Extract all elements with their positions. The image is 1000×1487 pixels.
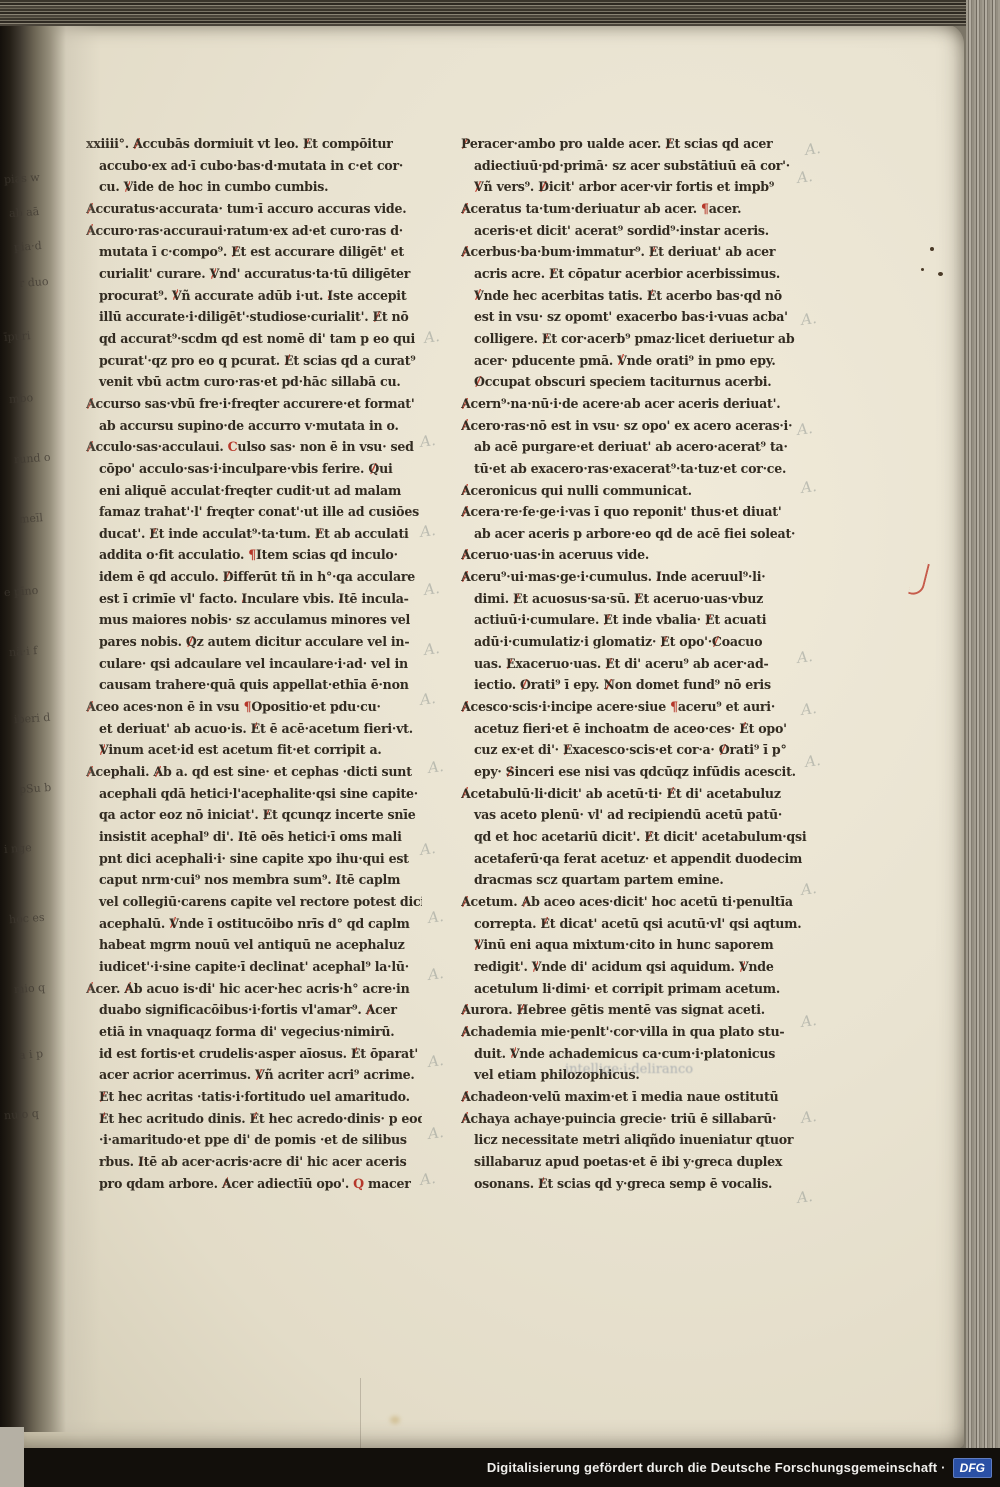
text-line: Et hec acritudo dinis. Et hec acredo·din… [86,1108,422,1130]
bleedthrough-text: intellige·i·deliranco [565,1062,693,1077]
manuscript-scan: xxiiii°. Accubās dormiuit vt leo. Et com… [0,0,1000,1487]
text-line: Acerbus·ba·bum·immatur⁹. Et deriuat' ab … [461,241,807,263]
rubricated-capital: H [517,1002,529,1017]
text-line: Vinum acet·id est acetum fit·et corripit… [86,739,422,761]
text-line: ab accursu supino·de accurro v·mutata in… [86,415,422,437]
rubricated-capital: A [461,786,471,801]
rubricated-capital: I [338,591,344,606]
rubricated-capital: I [238,829,244,844]
text-line: Aceruo·uas·in aceruus vide. [461,544,807,566]
text-line: aceris·et dicit' acerat⁹ sordid⁹·instar … [461,220,807,242]
rubricated-capital: E [506,656,515,671]
rubricated-capital: E [263,807,272,822]
rubricated-capital: Q [186,634,197,649]
rubricated-capital: V [124,179,133,194]
rubricated-capital: E [303,136,312,151]
rubricated-capital: E [549,266,558,281]
rubric-mark: ¶ [701,201,709,216]
rubricated-capital: A [153,764,163,779]
text-line: Et hec acritas ·tatis·i·fortitudo uel am… [86,1086,422,1108]
rubricated-capital: V [99,742,108,757]
text-line: id est fortis·et crudelis·asper aīosus. … [86,1043,422,1065]
entry: Acer. Ab acuo is·di' hic acer·hec acris·… [86,978,422,1195]
text-line: Acetabulū·li·dicit' ab acetū·ti· Et di' … [461,783,807,805]
bleedthrough-mark: A. [419,1169,437,1189]
text-line: acephalū. Vnde ī ostitucōibo nrīs d° qd … [86,913,422,935]
rubricated-capital: E [372,309,381,324]
rubricated-capital: V [617,353,627,368]
ink-spot [938,272,943,276]
rubricated-capital: A [461,396,471,411]
bleedthrough-mark: A. [796,1187,814,1207]
rubricated-capital: A [222,1176,232,1191]
rubricated-capital: C [712,634,722,649]
text-line: caput nrm·cui⁹ nos membra sum⁹. Itē capl… [86,869,422,891]
entry: Accurso sas·vbū fre·i·freqter accurere·e… [86,393,422,436]
bleedthrough-mark: A. [800,1011,818,1031]
rubricated-capital: V [172,288,182,303]
text-line: insistit acephal⁹ di'. Itē oēs hetici·ī … [86,826,422,848]
text-line: causam trahere·quā quis appellat·ethīa ē… [86,674,422,696]
text-line: osonans. Et scias qd y·greca semp ē voca… [461,1173,807,1195]
rubricated-capital: E [705,612,714,627]
entry: Peracer·ambo pro ualde acer. Et scias qd… [461,133,807,198]
rubricated-capital: A [461,504,471,519]
text-line: cu. Vide de hoc in cumbo cumbis. [86,176,422,198]
spine-text-fragment: pias w [4,171,41,186]
rubricated-capital: V [510,1046,520,1061]
entry: Aceo aces·non ē in vsu ¶Opositio·et pdu·… [86,696,422,761]
entry: xxiiii°. Accubās dormiuit vt leo. Et com… [86,133,422,198]
spine-text-fragment: e pīno [4,584,39,599]
rubricated-capital: E [605,656,614,671]
rubricated-capital: E [513,591,522,606]
entry: Achadeon·velū maxim·et ī media naue osti… [461,1086,807,1108]
rubricated-capital: D [223,569,234,584]
text-line: qd et hoc acetariū dicit'. Et dicit' ace… [461,826,807,848]
rubricated-capital: I [241,591,247,606]
rubric-mark: C [228,439,238,454]
text-line: acephali qdā hetici·l'acephalite·qsi sin… [86,783,422,805]
text-line: xxiiii°. Accubās dormiuit vt leo. Et com… [86,133,422,155]
text-line: tū·et ab exacero·ras·exacerat⁹·ta·tuz·et… [461,458,807,480]
text-line: qa actor eoz nō iniciat'. Et qcunqz ince… [86,804,422,826]
text-line: Acetum. Ab aceo aces·dicit' hoc acetū ti… [461,891,807,913]
ink-spot [921,268,924,271]
text-line: Acern⁹·na·nū·i·de acere·ab acer aceris d… [461,393,807,415]
text-line: procurat⁹. Vñ accurate adūb i·ut. Iste a… [86,285,422,307]
rubricated-capital: E [647,288,656,303]
rubricated-capital: A [133,136,143,151]
rubricated-capital: E [563,742,572,757]
text-line: culare· qsi adcaulare vel incaulare·i·ad… [86,653,422,675]
text-line: addita o·fit acculatio. ¶Item scias qd i… [86,544,422,566]
text-line: duit. Vnde achademicus ca·cum·i·platonic… [461,1043,807,1065]
entry: Acetabulū·li·dicit' ab acetū·ti· Et di' … [461,783,807,891]
entry: Aceratus ta·tum·deriuatur ab acer. ¶acer… [461,198,807,241]
text-line: Vñ vers⁹. Dicit' arbor acer·vir fortis e… [461,176,807,198]
ink-spot [930,247,934,251]
text-line: uas. Exaceruo·uas. Et di' aceru⁹ ab acer… [461,653,807,675]
text-line: et deriuat' ab acuo·is. Et ē acē·acetum … [86,718,422,740]
dfg-logo: DFG [953,1458,992,1478]
rubricated-capital: E [315,526,324,541]
rubricated-capital: E [540,916,549,931]
text-line: acetaferū·qa ferat acetuz· et appendit d… [461,848,807,870]
rubricated-capital: E [603,612,612,627]
spine-text-fragment: mbo [9,391,34,406]
rubricated-capital: A [461,569,471,584]
text-line: est ī crimīe vl' facto. Inculare vbis. I… [86,588,422,610]
rubricated-capital: A [461,1089,471,1104]
spine-text-fragment: hoc es [9,911,45,926]
rubricated-capital: N [603,677,614,692]
spine-text-fragment: i nge [4,841,32,856]
text-line: epy· Sinceri ese nisi vas qdcūqz infūdis… [461,761,807,783]
rubricated-capital: E [665,136,674,151]
rubricated-capital: E [538,1176,547,1191]
spine-text-fragment: nulo q [4,1107,40,1122]
text-line: Accuratus·accurata· tum·ī accuro accuras… [86,198,422,220]
text-line: curialit' curare. Vnd' accuratus·ta·tū d… [86,263,422,285]
entry: Achaya achaye·puincia grecie· triū ē sil… [461,1108,807,1195]
rubricated-capital: A [461,699,471,714]
text-line: acer· pducente pmā. Vnde orati⁹ in pmo e… [461,350,807,372]
text-line: Accuro·ras·accuraui·ratum·ex ad·et curo·… [86,220,422,242]
bleedthrough-mark: A. [800,1107,818,1127]
text-line: qd accurat⁹·scdm qd est nomē di' tam p e… [86,328,422,350]
spine-text-fragment: ab aā [9,205,40,220]
text-line: dracmas scz quartam partem emine. [461,869,807,891]
text-line: pares nobis. Qz autem dicitur acculare v… [86,631,422,653]
text-line: Aceronicus qui nulli communicat. [461,480,807,502]
rubricated-capital: V [255,1067,265,1082]
spine-text-fragment: meīl [19,511,44,526]
bleedthrough-mark: A. [427,1051,445,1071]
rubricated-capital: E [542,331,551,346]
text-line: Vnde hec acerbitas tatis. Et acerbo bas·… [461,285,807,307]
digitization-banner: Digitalisierung gefördert durch die Deut… [24,1448,1000,1487]
entry: Aceronicus qui nulli communicat. [461,480,807,502]
text-line: Aceru⁹·ui·mas·ge·i·cumulus. Inde aceruul… [461,566,807,588]
rubricated-capital: E [634,591,643,606]
text-line: rbus. Itē ab acer·acris·acre di' hic ace… [86,1151,422,1173]
rubricated-capital: A [124,981,134,996]
text-line: redigit'. Vnde di' acidum qsi aquidum. V… [461,956,807,978]
rubricated-capital: E [249,1111,258,1126]
bleedthrough-mark: A. [804,139,822,159]
text-line: Vinū eni aqua mixtum·cito in hunc sapore… [461,934,807,956]
bleedthrough-mark: A. [423,639,441,659]
rubricated-capital: A [461,483,471,498]
text-line: duabo significacōibus·i·fortis vl'amar⁹.… [86,999,422,1021]
text-line: pcurat'·qz pro eo q pcurat. Et scias qd … [86,350,422,372]
text-line: pro qdam arbore. Acer adiectīū opo'. Q m… [86,1173,422,1195]
text-line: Acera·re·fe·ge·i·vas ī quo reponit' thus… [461,501,807,523]
entry: Accuratus·accurata· tum·ī accuro accuras… [86,198,422,220]
text-line: idem ē qd acculo. Differūt tñ in h°·qa a… [86,566,422,588]
entry: Acern⁹·na·nū·i·de acere·ab acer aceris d… [461,393,807,415]
rubric-mark: ¶ [244,699,252,714]
rubricated-capital: O [474,374,485,389]
rubricated-capital: I [138,1154,144,1169]
entry: Acculo·sas·acculaui. Culso sas· non ē in… [86,436,422,696]
bleedthrough-mark: A. [800,879,818,899]
rubricated-capital: E [739,721,748,736]
text-line: pnt dici acephali·i· sine capite xpo ihu… [86,848,422,870]
text-line: est in vsu· sz opomt' exacerbo bas·i·vua… [461,306,807,328]
rubricated-capital: Q [368,461,379,476]
board-edge [0,1427,24,1487]
page-edges-right [966,0,1000,1452]
text-line: habeat mgrm nouū vel antiquū ne acephalu… [86,934,422,956]
rubricated-capital: E [660,634,669,649]
rubricated-capital: E [644,829,653,844]
text-line: correpta. Et dicat' acetū qsi acutū·vl' … [461,913,807,935]
entry: Acesco·scis·i·incipe acere·siue ¶aceru⁹ … [461,696,807,783]
spine-text-fragment: īpuri [4,329,31,344]
crease-line [360,1378,361,1448]
rubricated-capital: E [284,353,293,368]
bleedthrough-mark: A. [419,521,437,541]
spine-text-fragment: pia·d [14,239,42,254]
rubricated-capital: E [351,1046,360,1061]
text-line: acer acrior acerrimus. Vñ acriter acri⁹ … [86,1064,422,1086]
rubricated-capital: A [461,1002,471,1017]
text-column-left: xxiiii°. Accubās dormiuit vt leo. Et com… [86,133,422,1194]
bleedthrough-mark: A. [419,689,437,709]
spine-text-fragment: nā·i f [9,644,38,659]
text-line: eni aliquē acculat·freqter cudit·ut ad m… [86,480,422,502]
rubricated-capital: S [506,764,515,779]
rubricated-capital: E [231,244,240,259]
text-line: ab acer aceris p arbore·eo qd de acē fie… [461,523,807,545]
rubricated-capital: E [666,786,675,801]
text-line: mutata ī c·compo⁹. Et est accurare dilig… [86,241,422,263]
text-line: Aceo aces·non ē in vsu ¶Opositio·et pdu·… [86,696,422,718]
spine-text-fragment: rund o [14,451,51,467]
text-line: venit vbū actm curo·ras·et pd·hāc sillab… [86,371,422,393]
stain [390,1416,400,1424]
rubricated-capital: A [461,1111,471,1126]
text-line: Achaya achaye·puincia grecie· triū ē sil… [461,1108,807,1130]
spine-text-fragment: mio q [14,981,46,996]
text-line: ·i·amaritudo·et ppe di' de pomis ·et de … [86,1129,422,1151]
text-line: Accurso sas·vbū fre·i·freqter accurere·e… [86,393,422,415]
rubricated-capital: A [461,418,471,433]
rubricated-capital: V [739,959,749,974]
text-line: Aurora. Hebree gētis mentē vas signat ac… [461,999,807,1021]
text-line: sillabaruz apud poetas·et ē ibi y·greca … [461,1151,807,1173]
bleedthrough-mark: A. [427,907,445,927]
rubric-mark: ¶ [248,547,256,562]
rubricated-capital: A [461,201,471,216]
bleedthrough-mark: A. [423,579,441,599]
bleedthrough-mark: A. [800,477,818,497]
rubric-mark: Q [353,1176,364,1191]
text-line: Aceratus ta·tum·deriuatur ab acer. ¶acer… [461,198,807,220]
text-line: accubo·ex ad·ī cubo·bas·d·mutata in c·et… [86,155,422,177]
bleedthrough-mark: A. [796,647,814,667]
text-line: illū accurate·i·diligēt'·studiose·curial… [86,306,422,328]
bleedthrough-mark: A. [419,839,437,859]
text-line: actiuū·i·cumulare. Et inde vbalia· Et ac… [461,609,807,631]
text-line: cuz ex·et di'· Exacesco·scis·et cor·a· O… [461,739,807,761]
rubricated-capital: E [99,1111,108,1126]
text-line: cōpo' acculo·sas·i·inculpare·vbis ferire… [86,458,422,480]
rubricated-capital: V [169,916,179,931]
bleedthrough-mark: A. [804,751,822,771]
spine-text-fragment: iberi d [14,711,51,727]
bleedthrough-mark: A. [427,757,445,777]
text-line: etiā in vnaquaqz forma di' vegecius·nimi… [86,1021,422,1043]
rubricated-capital: V [210,266,220,281]
rubricated-capital: E [649,244,658,259]
entry: Aurora. Hebree gētis mentē vas signat ac… [461,999,807,1021]
text-line: Acculo·sas·acculaui. Culso sas· non ē in… [86,436,422,458]
rubricated-capital: A [461,894,471,909]
rubricated-capital: V [474,288,484,303]
text-line: Achadeon·velū maxim·et ī media naue osti… [461,1086,807,1108]
text-line: dimi. Et acuosus·sa·sū. Et aceruo·uas·vb… [461,588,807,610]
text-line: Achademia mie·penlt'·cor·villa in qua pl… [461,1021,807,1043]
text-line: vas aceto plenū· vl' ad recipiendū acetū… [461,804,807,826]
bleedthrough-mark: A. [427,1123,445,1143]
rubric-mark: ¶ [670,699,678,714]
text-line: ab acē purgare·et deriuat' ab acero·acer… [461,436,807,458]
rubricated-capital: E [99,1089,108,1104]
text-line: acris acre. Et cōpatur acerbior acerbiss… [461,263,807,285]
text-line: Acesco·scis·i·incipe acere·siue ¶aceru⁹ … [461,696,807,718]
spine-text-fragment: r duo [19,275,49,290]
text-column-right: Peracer·ambo pro ualde acer. Et scias qd… [461,133,807,1194]
rubricated-capital: V [474,937,483,952]
text-line: iudicet'·i·sine capite·ī declinat' aceph… [86,956,422,978]
bleedthrough-mark: A. [800,309,818,329]
text-line: Occupat obscuri speciem taciturnus acerb… [461,371,807,393]
text-line: colligere. Et cor·acerb⁹ pmaz·licet deri… [461,328,807,350]
entry: Acera·re·fe·ge·i·vas ī quo reponit' thus… [461,501,807,544]
bleedthrough-mark: A. [796,419,814,439]
text-line: adiectiuū·pd·primā· sz acer substātiuū e… [461,155,807,177]
rubricated-capital: E [149,526,158,541]
text-line: Acero·ras·nō est in vsu· sz opo' ex acer… [461,415,807,437]
page-edges-top [0,0,1000,26]
entry: Acetum. Ab aceo aces·dicit' hoc acetū ti… [461,891,807,999]
text-line: mus maiores nobis· sz acculamus minores … [86,609,422,631]
rubricated-capital: O [520,677,531,692]
text-line: iectio. Orati⁹ ī epy. Non domet fund⁹ nō… [461,674,807,696]
text-line: Acer. Ab acuo is·di' hic acer·hec acris·… [86,978,422,1000]
text-line: famaz trahat'·l' freqter conat'·ut ille … [86,501,422,523]
bleedthrough-mark: A. [800,699,818,719]
bleedthrough-mark: A. [796,167,814,187]
rubricated-capital: D [538,179,549,194]
spine-text-fragment: a i p [19,1047,44,1062]
rubricated-capital: A [522,894,532,909]
rubricated-capital: A [461,1024,471,1039]
bleedthrough-mark: A. [419,431,437,451]
entry: Aceruo·uas·in aceruus vide. [461,544,807,566]
text-line: vel collegiū·carens capite vel rectore p… [86,891,422,913]
text-line: Acephali. Ab a. qd est sine· et cephas ·… [86,761,422,783]
entry: Acephali. Ab a. qd est sine· et cephas ·… [86,761,422,978]
text-line: acetulum li·dimi· et corripit primam ace… [461,978,807,1000]
rubricated-capital: O [719,742,730,757]
entry: Aceru⁹·ui·mas·ge·i·cumulus. Inde aceruul… [461,566,807,696]
rubricated-capital: I [656,569,662,584]
rubricated-capital: A [461,244,471,259]
entry: Accuro·ras·accuraui·ratum·ex ad·et curo·… [86,220,422,393]
entry: Acerbus·ba·bum·immatur⁹. Et deriuat' ab … [461,241,807,393]
rubricated-capital: P [461,136,470,151]
rubricated-capital: I [327,288,333,303]
text-line: Peracer·ambo pro ualde acer. Et scias qd… [461,133,807,155]
book-spine: pias wab aāpia·dr duoīpurimborund omeīle… [0,0,100,1432]
rubricated-capital: E [251,721,260,736]
spine-text-fragment: pSu b [19,781,52,796]
funding-caption: Digitalisierung gefördert durch die Deut… [487,1460,946,1475]
rubricated-capital: V [474,179,484,194]
rubricated-capital: A [461,547,471,562]
text-line: adū·i·cumulatiz·i glomatiz· Et opo'·Coac… [461,631,807,653]
bleedthrough-mark: A. [427,964,445,984]
bleedthrough-mark: A. [423,327,441,347]
rubricated-capital: V [532,959,542,974]
entry: Acero·ras·nō est in vsu· sz opo' ex acer… [461,415,807,480]
text-line: licz necessitate metri aliqñdo inueniatu… [461,1129,807,1151]
text-line: acetuz fieri·et ē inchoatm de aceo·ces· … [461,718,807,740]
rubricated-capital: I [336,872,342,887]
rubricated-capital: A [366,1002,376,1017]
text-line: ducat'. Et inde acculat⁹·ta·tum. Et ab a… [86,523,422,545]
